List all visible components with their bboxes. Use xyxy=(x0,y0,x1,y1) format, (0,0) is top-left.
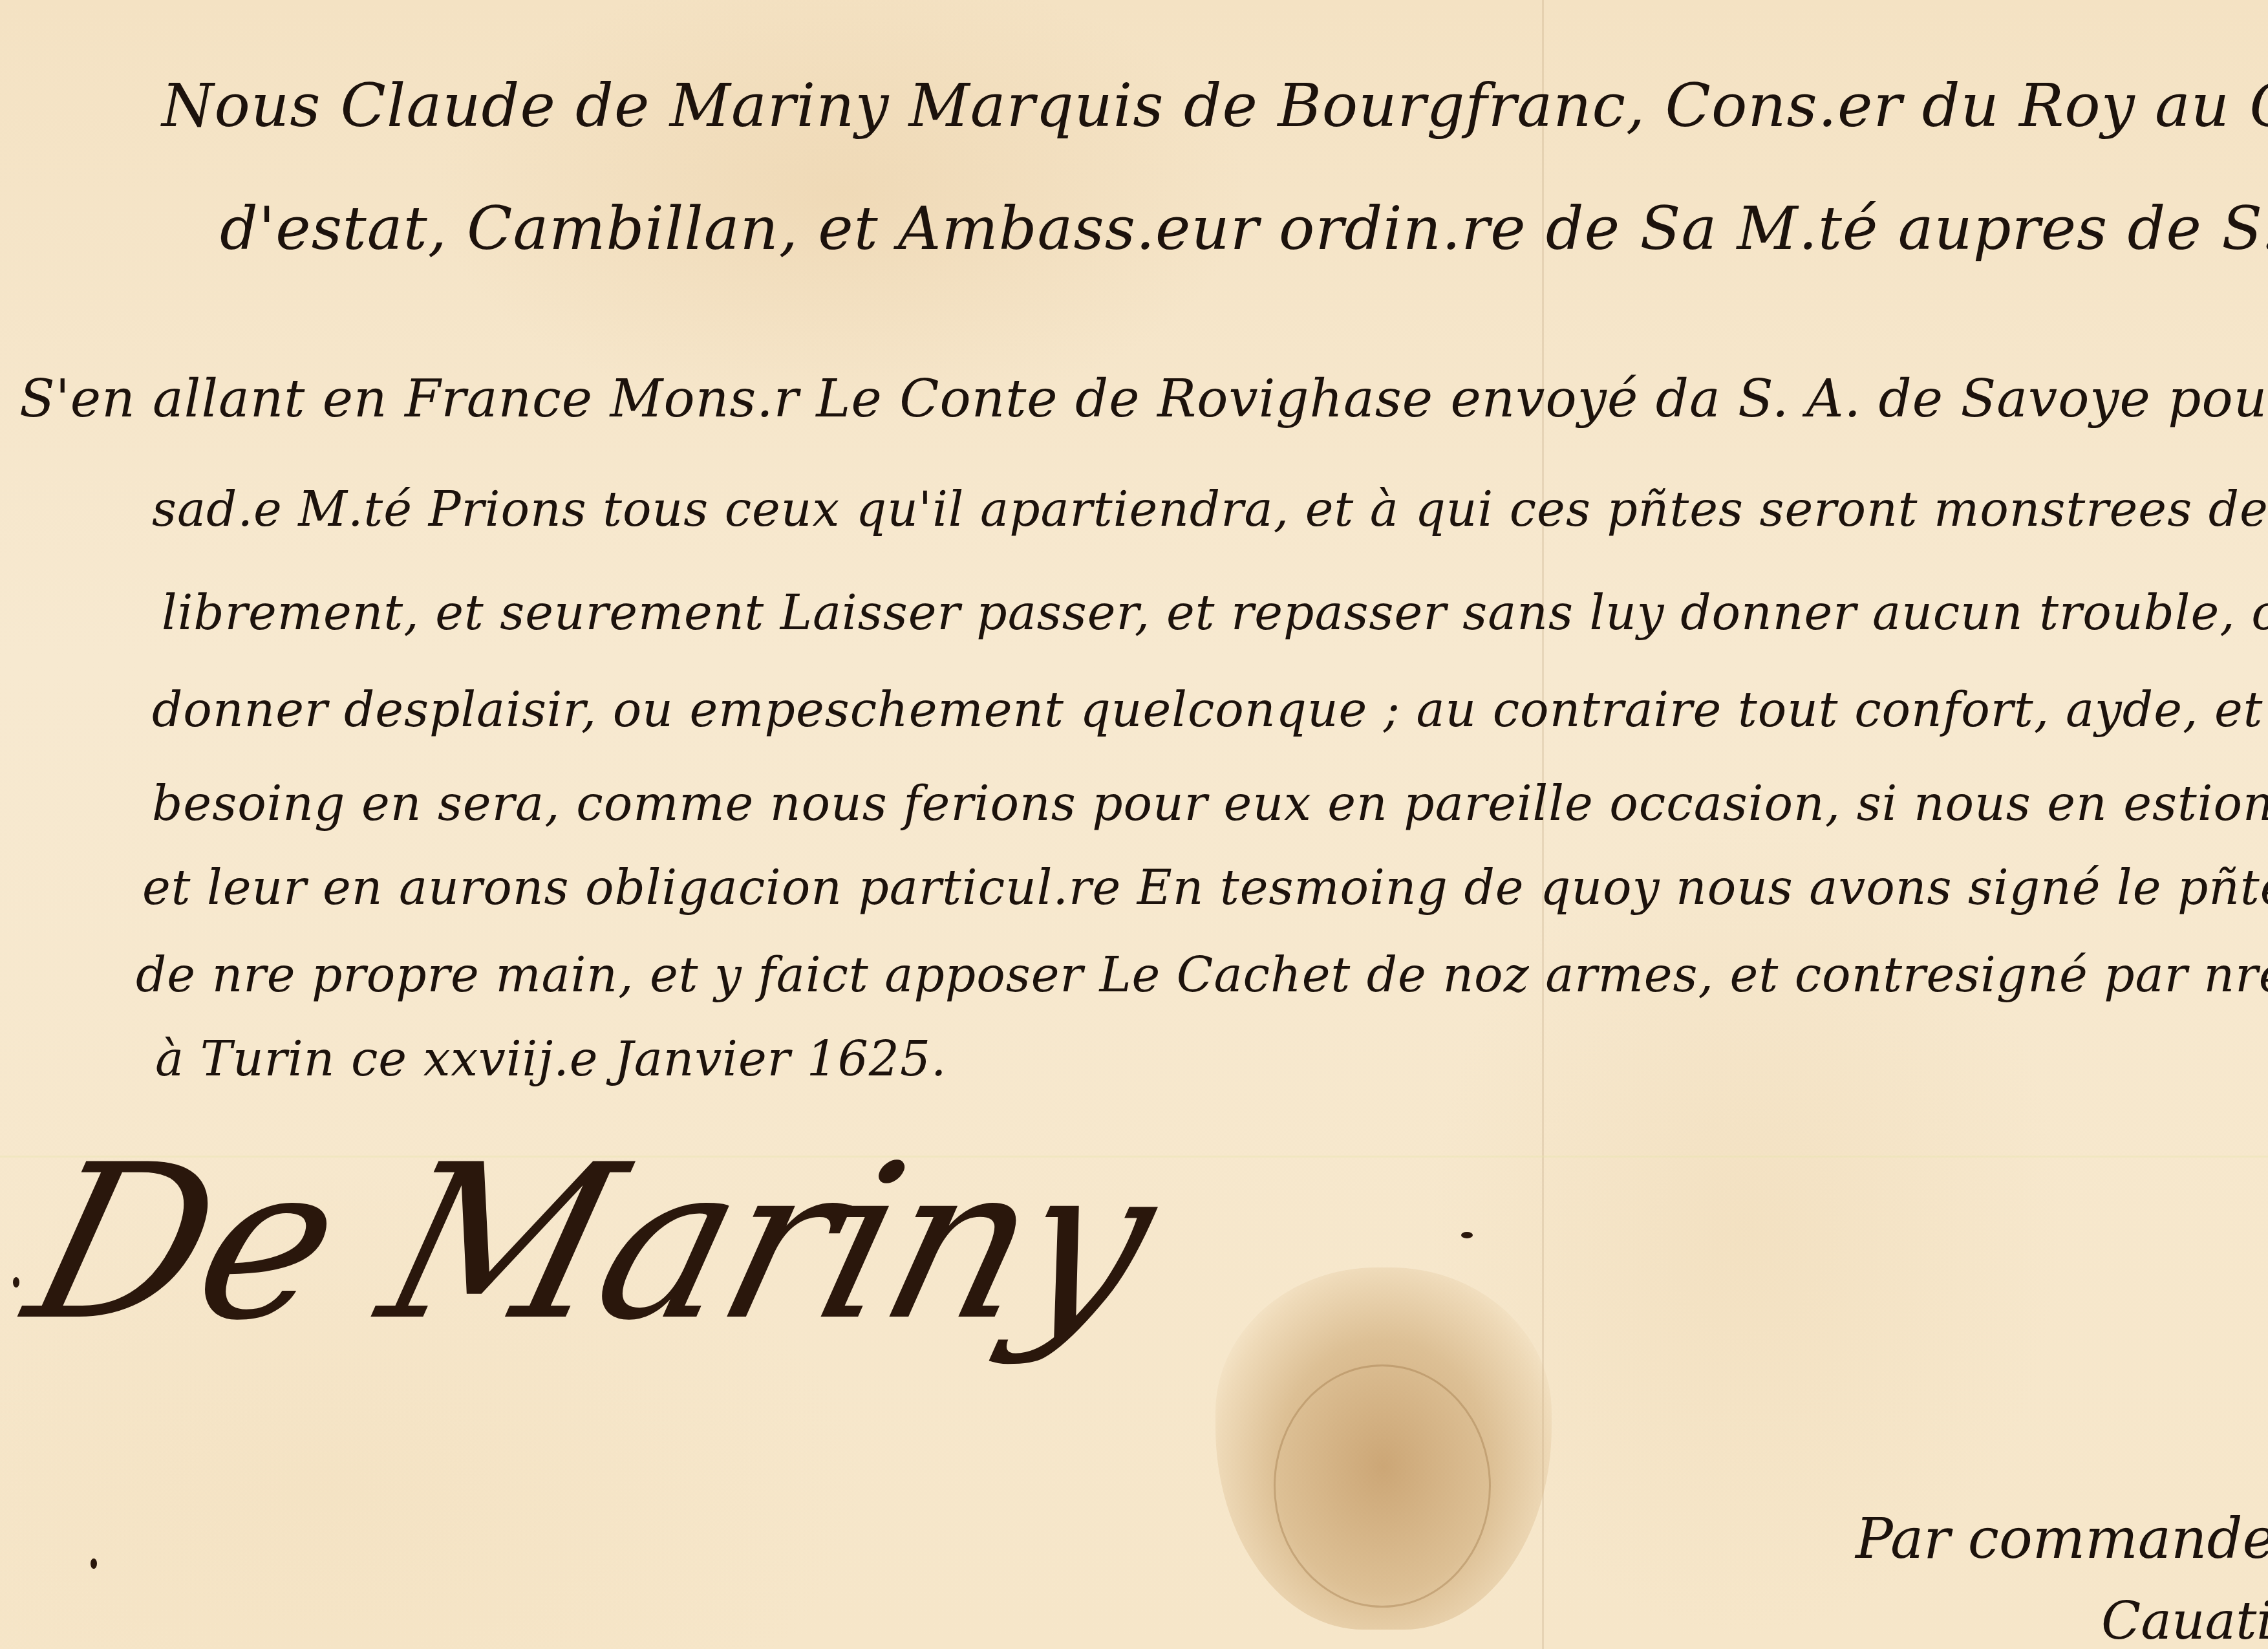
seal-ring xyxy=(1274,1364,1491,1608)
signature-text: De Mariny xyxy=(8,1119,1173,1367)
wax-seal-icon xyxy=(1215,1267,1552,1630)
countersignature-line-2: Cauatia xyxy=(2101,1591,2268,1649)
body-line-1: S'en allant en France Mons.r Le Conte de… xyxy=(19,369,2268,429)
countersignature-line-1: Par commande de Mon.gr xyxy=(1856,1507,2268,1571)
ink-dot xyxy=(13,1277,19,1288)
heading-line-2: d'estat, Cambillan, et Ambass.eur ordin.… xyxy=(220,194,2268,263)
body-line-2: sad.e M.té Prions tous ceux qu'il aparti… xyxy=(152,482,2268,537)
body-line-3: librement, et seurement Laisser passer, … xyxy=(162,585,2268,641)
body-line-8-date: à Turin ce xxviij.e Janvier 1625. xyxy=(155,1031,947,1087)
ink-dot xyxy=(1461,1232,1473,1238)
heading-line-1: Nous Claude de Mariny Marquis de Bourgfr… xyxy=(162,71,2268,140)
body-line-7: de nre propre main, et y faict apposer L… xyxy=(136,947,2268,1003)
body-line-5: besoing en sera, comme nous ferions pour… xyxy=(152,776,2268,832)
body-line-6: et leur en aurons obligacion particul.re… xyxy=(142,860,2268,916)
body-line-4: donner desplaisir, ou empeschement quelc… xyxy=(152,682,2268,738)
ink-dot xyxy=(91,1558,97,1569)
